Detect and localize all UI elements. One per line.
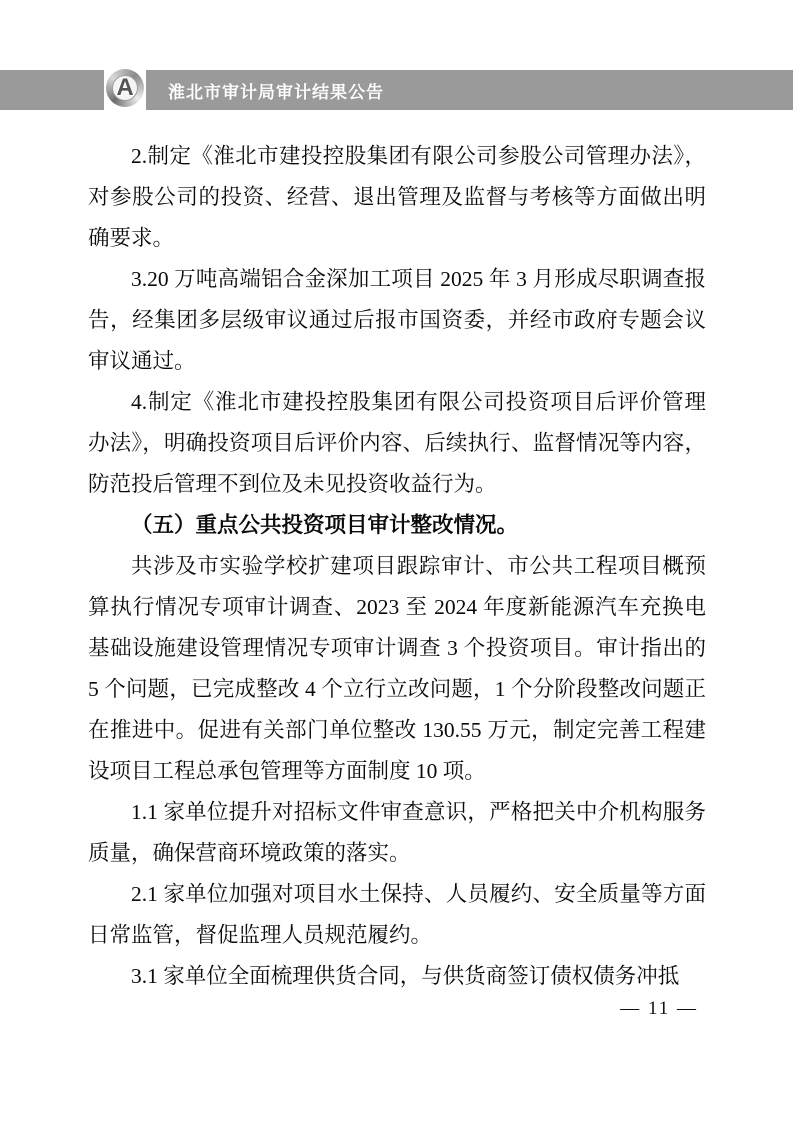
audit-logo-letter: A [106, 69, 144, 107]
paragraph-2-item: 2.制定《淮北市建投控股集团有限公司参股公司管理办法》，对参股公司的投资、经营、… [88, 136, 706, 259]
page-footer: — 11 — [620, 998, 698, 1020]
page-number: — 11 — [620, 998, 698, 1019]
paragraph-4-item: 4.制定《淮北市建投控股集团有限公司投资项目后评价管理办法》，明确投资项目后评价… [88, 382, 706, 505]
paragraph-3-item: 3.20 万吨高端铝合金深加工项目 2025 年 3 月形成尽职调查报告，经集团… [88, 259, 706, 382]
header-bar: A 淮北市审计局审计结果公告 [0, 70, 793, 110]
section-heading: （五）重点公共投资项目审计整改情况。 [88, 505, 706, 546]
paragraph-summary: 共涉及市实验学校扩建项目跟踪审计、市公共工程项目概预算执行情况专项审计调查、20… [88, 546, 706, 792]
document-page: A 淮北市审计局审计结果公告 2.制定《淮北市建投控股集团有限公司参股公司管理办… [0, 0, 793, 1122]
paragraph-unit-2: 2.1 家单位加强对项目水土保持、人员履约、安全质量等方面日常监管，督促监理人员… [88, 874, 706, 956]
audit-logo-ring-icon: A [106, 69, 144, 107]
header-title: 淮北市审计局审计结果公告 [168, 70, 384, 110]
paragraph-unit-3: 3.1 家单位全面梳理供货合同，与供货商签订债权债务冲抵 [88, 956, 706, 997]
document-body: 2.制定《淮北市建投控股集团有限公司参股公司管理办法》，对参股公司的投资、经营、… [88, 136, 706, 997]
audit-logo: A [104, 63, 146, 112]
paragraph-unit-1: 1.1 家单位提升对招标文件审查意识，严格把关中介机构服务质量，确保营商环境政策… [88, 792, 706, 874]
